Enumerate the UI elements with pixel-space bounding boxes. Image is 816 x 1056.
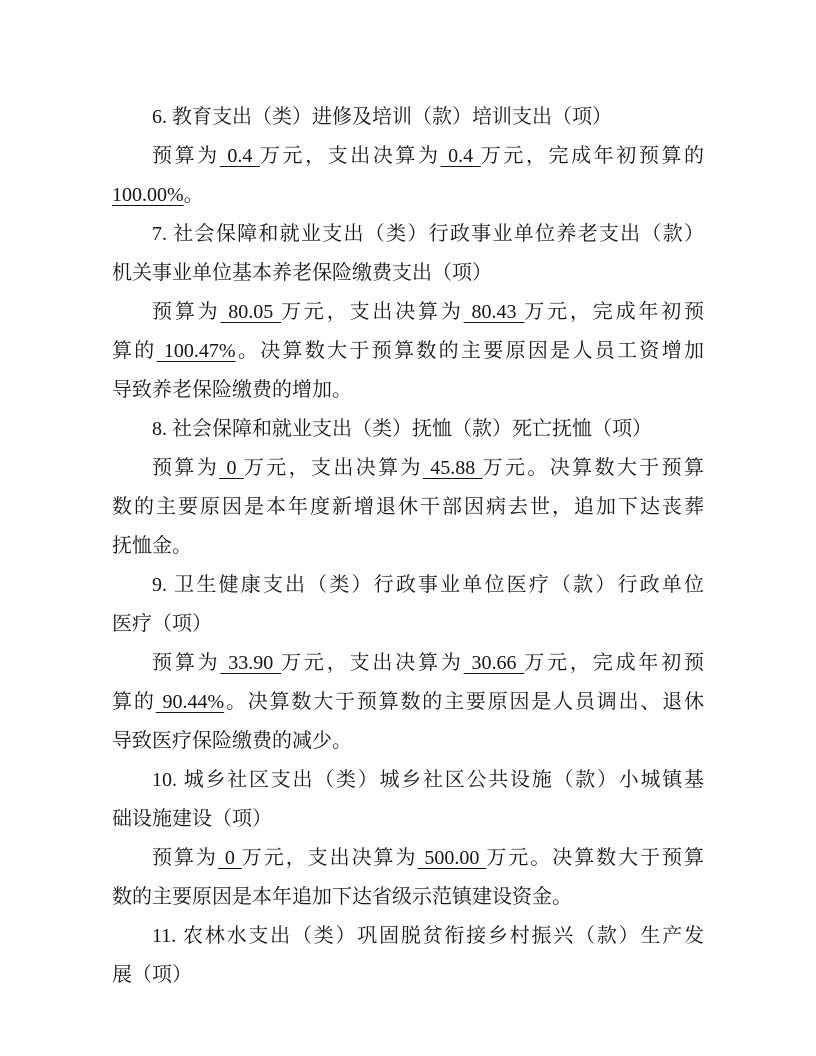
text-run: 万元，支出决算为 — [281, 652, 464, 674]
budget-value: 80.05 — [220, 301, 281, 323]
text-run: 预算为 — [152, 301, 220, 323]
text-run: 算的 — [112, 340, 157, 362]
text-run: 。 — [184, 184, 204, 206]
line-item10-detail-2: 数的主要原因是本年追加下达省级示范镇建设资金。 — [112, 878, 704, 917]
line-item8-detail-2: 数的主要原因是本年度新增退休干部因病去世，追加下达丧葬 — [112, 488, 704, 527]
line-item6-detail-2: 100.00%。 — [112, 176, 704, 215]
text-run: 万元，支出决算为 — [244, 457, 423, 479]
text-run: 万元。决算数大于预算 — [486, 847, 704, 869]
final-value: 0.4 — [441, 145, 481, 167]
text-run: 预算为 — [152, 145, 220, 167]
text-run: 机关事业单位基本养老保险缴费支出（项） — [112, 262, 492, 284]
text-run: 万元，支出决算为 — [242, 847, 418, 869]
line-item6-heading: 6. 教育支出（类）进修及培训（款）培训支出（项） — [112, 98, 704, 137]
line-item8-detail-3: 抚恤金。 — [112, 527, 704, 566]
text-run: 预算为 — [152, 652, 220, 674]
final-value: 45.88 — [423, 457, 483, 479]
line-item9-detail-2: 算的 90.44%。决算数大于预算数的主要原因是人员调出、退休 — [112, 683, 704, 722]
text-run: 7. 社会保障和就业支出（类）行政事业单位养老支出（款） — [152, 223, 704, 245]
line-item7-detail-1: 预算为 80.05 万元，支出决算为 80.43 万元，完成年初预 — [112, 293, 704, 332]
text-run: 预算为 — [152, 457, 219, 479]
document-page: 6. 教育支出（类）进修及培训（款）培训支出（项） 预算为 0.4 万元，支出决… — [0, 0, 816, 1056]
budget-value: 0 — [218, 847, 242, 869]
text-run: 。决算数大于预算数的主要原因是人员调出、退休 — [224, 691, 704, 713]
text-run: 万元，完成年初预算的 — [481, 145, 704, 167]
text-run: 数的主要原因是本年度新增退休干部因病去世，追加下达丧葬 — [112, 496, 704, 518]
text-run: 础设施建设（项） — [112, 808, 272, 830]
text-run: 数的主要原因是本年追加下达省级示范镇建设资金。 — [112, 886, 572, 908]
line-item8-detail-1: 预算为 0 万元，支出决算为 45.88 万元。决算数大于预算 — [112, 449, 704, 488]
text-run: 预算为 — [152, 847, 218, 869]
final-value: 500.00 — [417, 847, 486, 869]
final-value: 80.43 — [464, 301, 525, 323]
line-item6-detail-1: 预算为 0.4 万元，支出决算为 0.4 万元，完成年初预算的 — [112, 137, 704, 176]
text-run: 万元，支出决算为 — [260, 145, 441, 167]
budget-value: 33.90 — [220, 652, 281, 674]
text-run: 万元，完成年初预 — [524, 301, 704, 323]
text-run: 6. 教育支出（类）进修及培训（款）培训支出（项） — [152, 106, 612, 128]
budget-value: 0 — [219, 457, 244, 479]
line-item10-heading-1: 10. 城乡社区支出（类）城乡社区公共设施（款）小城镇基 — [112, 761, 704, 800]
text-run: 10. 城乡社区支出（类）城乡社区公共设施（款）小城镇基 — [152, 769, 704, 791]
line-item10-heading-2: 础设施建设（项） — [112, 800, 704, 839]
page-body-text: 6. 教育支出（类）进修及培训（款）培训支出（项） 预算为 0.4 万元，支出决… — [112, 98, 704, 995]
line-item7-heading-1: 7. 社会保障和就业支出（类）行政事业单位养老支出（款） — [112, 215, 704, 254]
text-run: 万元，完成年初预 — [524, 652, 704, 674]
text-run: 11. 农林水支出（类）巩固脱贫衔接乡村振兴（款）生产发 — [152, 925, 704, 947]
percent-value: 100.00% — [112, 184, 184, 206]
text-run: 9. 卫生健康支出（类）行政事业单位医疗（款）行政单位 — [152, 574, 704, 596]
percent-value: 90.44% — [156, 691, 224, 713]
line-item7-heading-2: 机关事业单位基本养老保险缴费支出（项） — [112, 254, 704, 293]
budget-value: 0.4 — [220, 145, 260, 167]
text-run: 展（项） — [112, 964, 192, 986]
line-item9-heading-1: 9. 卫生健康支出（类）行政事业单位医疗（款）行政单位 — [112, 566, 704, 605]
text-run: 万元。决算数大于预算 — [483, 457, 704, 479]
line-item11-heading-2: 展（项） — [112, 956, 704, 995]
line-item9-heading-2: 医疗（项） — [112, 605, 704, 644]
line-item8-heading: 8. 社会保障和就业支出（类）抚恤（款）死亡抚恤（项） — [112, 410, 704, 449]
text-run: 医疗（项） — [112, 613, 212, 635]
line-item10-detail-1: 预算为 0 万元，支出决算为 500.00 万元。决算数大于预算 — [112, 839, 704, 878]
percent-value: 100.47% — [157, 340, 236, 362]
text-run: 万元，支出决算为 — [281, 301, 464, 323]
text-run: 导致医疗保险缴费的减少。 — [112, 730, 352, 752]
final-value: 30.66 — [464, 652, 525, 674]
line-item9-detail-3: 导致医疗保险缴费的减少。 — [112, 722, 704, 761]
text-run: 算的 — [112, 691, 156, 713]
line-item9-detail-1: 预算为 33.90 万元，支出决算为 30.66 万元，完成年初预 — [112, 644, 704, 683]
text-run: 导致养老保险缴费的增加。 — [112, 379, 352, 401]
text-run: 。决算数大于预算数的主要原因是人员工资增加 — [236, 340, 704, 362]
line-item7-detail-3: 导致养老保险缴费的增加。 — [112, 371, 704, 410]
text-run: 抚恤金。 — [112, 535, 192, 557]
line-item11-heading-1: 11. 农林水支出（类）巩固脱贫衔接乡村振兴（款）生产发 — [112, 917, 704, 956]
line-item7-detail-2: 算的 100.47%。决算数大于预算数的主要原因是人员工资增加 — [112, 332, 704, 371]
text-run: 8. 社会保障和就业支出（类）抚恤（款）死亡抚恤（项） — [152, 418, 652, 440]
